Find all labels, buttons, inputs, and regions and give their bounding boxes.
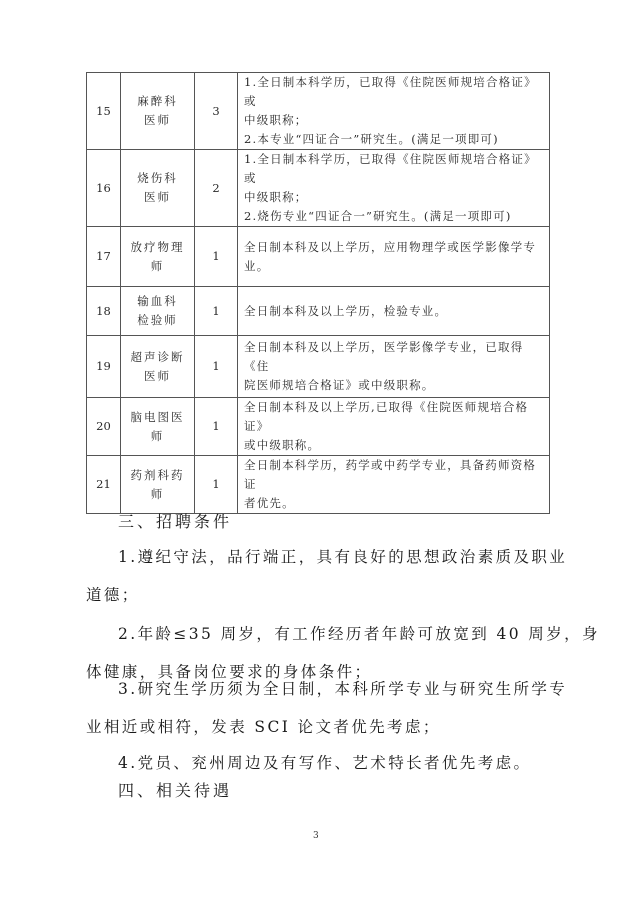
requirement-line: 全日制本科及以上学历,已取得《住院医师规培合格证》	[244, 398, 543, 436]
position-name-line: 师	[121, 257, 194, 276]
position-name-line: 医师	[121, 111, 194, 130]
headcount: 1	[195, 287, 238, 336]
requirements: 全日制本科及以上学历，检验专业。	[238, 287, 550, 336]
requirement-line: 院医师规培合格证》或中级职称。	[244, 376, 543, 395]
row-number: 20	[87, 398, 121, 456]
position-name-line: 放疗物理	[121, 238, 194, 257]
headcount: 1	[195, 227, 238, 287]
headcount: 1	[195, 456, 238, 514]
position-name-line: 医师	[121, 188, 194, 207]
position-name-line: 烧伤科	[121, 169, 194, 188]
requirements: 全日制本科学历，药学或中药学专业，具备药师资格证者优先。	[238, 456, 550, 514]
position-name: 麻醉科医师	[121, 73, 195, 150]
position-name-line: 医师	[121, 367, 194, 386]
requirements: 1.全日制本科学历，已取得《住院医师规培合格证》或中级职称；2.本专业“四证合一…	[238, 73, 550, 150]
position-name: 超声诊断医师	[121, 336, 195, 398]
requirement-line: 1.全日制本科学历，已取得《住院医师规培合格证》或	[244, 150, 543, 188]
position-name: 脑电图医师	[121, 398, 195, 456]
requirement-line: 业。	[244, 257, 543, 276]
requirements: 全日制本科及以上学历，医学影像学专业，已取得《住院医师规培合格证》或中级职称。	[238, 336, 550, 398]
table-row: 18输血科检验师1全日制本科及以上学历，检验专业。	[87, 287, 550, 336]
condition-3-line-2: 业相近或相符，发表 SCI 论文者优先考虑；	[86, 715, 441, 737]
requirement-line: 1.全日制本科学历，已取得《住院医师规培合格证》或	[244, 73, 543, 111]
condition-1-line-1: 1.遵纪守法，品行端正，具有良好的思想政治素质及职业	[118, 545, 567, 567]
position-name-line: 输血科	[121, 292, 194, 311]
condition-3-line-1: 3.研究生学历须为全日制，本科所学专业与研究生所学专	[118, 677, 567, 699]
requirement-line: 全日制本科及以上学历，医学影像学专业，已取得《住	[244, 338, 543, 376]
position-name-line: 药剂科药	[121, 466, 194, 485]
table-row: 19超声诊断医师1全日制本科及以上学历，医学影像学专业，已取得《住院医师规培合格…	[87, 336, 550, 398]
position-name-line: 检验师	[121, 311, 194, 330]
condition-1-line-2: 道德；	[86, 583, 140, 605]
requirement-line: 全日制本科及以上学历，应用物理学或医学影像学专	[244, 238, 543, 257]
position-name-line: 脑电图医	[121, 408, 194, 427]
requirements: 全日制本科及以上学历,已取得《住院医师规培合格证》或中级职称。	[238, 398, 550, 456]
condition-4-line-1: 4.党员、兖州周边及有写作、艺术特长者优先考虑。	[118, 751, 531, 773]
requirements: 全日制本科及以上学历，应用物理学或医学影像学专业。	[238, 227, 550, 287]
requirement-line: 2.烧伤专业“四证合一”研究生。(满足一项即可)	[244, 207, 543, 226]
row-number: 15	[87, 73, 121, 150]
recruitment-table: 15麻醉科医师31.全日制本科学历，已取得《住院医师规培合格证》或中级职称；2.…	[86, 72, 550, 514]
requirement-line: 中级职称；	[244, 111, 543, 130]
requirement-line: 2.本专业“四证合一”研究生。(满足一项即可)	[244, 130, 543, 149]
position-name-line: 师	[121, 485, 194, 504]
headcount: 2	[195, 150, 238, 227]
table-row: 21药剂科药师1全日制本科学历，药学或中药学专业，具备药师资格证者优先。	[87, 456, 550, 514]
row-number: 21	[87, 456, 121, 514]
section-3-heading: 三、招聘条件	[118, 509, 232, 532]
requirement-line: 全日制本科及以上学历，检验专业。	[244, 302, 543, 321]
headcount: 1	[195, 336, 238, 398]
row-number: 17	[87, 227, 121, 287]
row-number: 16	[87, 150, 121, 227]
table-row: 15麻醉科医师31.全日制本科学历，已取得《住院医师规培合格证》或中级职称；2.…	[87, 73, 550, 150]
table-row: 20脑电图医师1全日制本科及以上学历,已取得《住院医师规培合格证》或中级职称。	[87, 398, 550, 456]
position-name-line: 麻醉科	[121, 92, 194, 111]
requirement-line: 或中级职称。	[244, 436, 543, 455]
position-name: 烧伤科医师	[121, 150, 195, 227]
position-name: 药剂科药师	[121, 456, 195, 514]
position-name-line: 超声诊断	[121, 348, 194, 367]
page-number: 3	[313, 831, 319, 841]
requirement-line: 全日制本科学历，药学或中药学专业，具备药师资格证	[244, 456, 543, 494]
requirement-line: 者优先。	[244, 494, 543, 513]
position-name-line: 师	[121, 427, 194, 446]
requirement-line: 中级职称；	[244, 188, 543, 207]
section-4-heading: 四、相关待遇	[118, 778, 232, 801]
table-row: 17放疗物理师1全日制本科及以上学历，应用物理学或医学影像学专业。	[87, 227, 550, 287]
table-row: 16烧伤科医师21.全日制本科学历，已取得《住院医师规培合格证》或中级职称；2.…	[87, 150, 550, 227]
headcount: 3	[195, 73, 238, 150]
requirements: 1.全日制本科学历，已取得《住院医师规培合格证》或中级职称；2.烧伤专业“四证合…	[238, 150, 550, 227]
condition-2-line-1: 2.年龄≤35 周岁，有工作经历者年龄可放宽到 40 周岁，身	[118, 622, 600, 644]
position-name: 放疗物理师	[121, 227, 195, 287]
row-number: 18	[87, 287, 121, 336]
position-name: 输血科检验师	[121, 287, 195, 336]
document-page: 15麻醉科医师31.全日制本科学历，已取得《住院医师规培合格证》或中级职称；2.…	[0, 0, 635, 898]
row-number: 19	[87, 336, 121, 398]
headcount: 1	[195, 398, 238, 456]
